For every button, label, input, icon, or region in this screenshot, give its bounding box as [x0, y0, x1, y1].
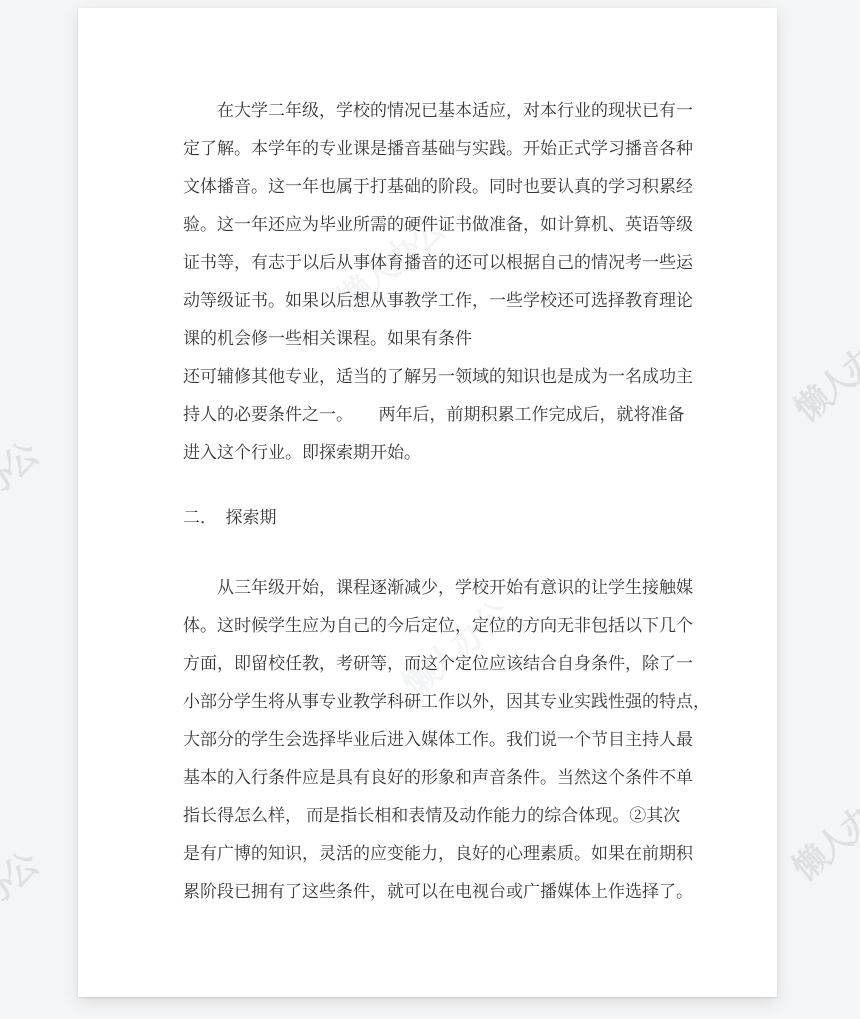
document-content: 在大学二年级，学校的情况已基本适应，对本行业的现状已有一定了解。本学年的专业课是… [183, 92, 723, 911]
text-line: 体。这时候学生应为自己的今后定位，定位的方向无非包括以下几个 [183, 607, 723, 645]
document-page: 在大学二年级，学校的情况已基本适应，对本行业的现状已有一定了解。本学年的专业课是… [78, 8, 777, 997]
text-line: 方面，即留校任教，考研等，而这个定位应该结合自身条件，除了一 [183, 645, 723, 683]
text-line: 证书等，有志于以后从事体育播音的还可以根据自己的情况考一些运 [183, 244, 723, 282]
text-line: 定了解。本学年的专业课是播音基础与实践。开始正式学习播音各种 [183, 130, 723, 168]
text-line: 进入这个行业。即探索期开始。 [183, 434, 723, 472]
text-line: 验。这一年还应为毕业所需的硬件证书做准备，如计算机、英语等级 [183, 206, 723, 244]
text-line: 动等级证书。如果以后想从事教学工作，一些学校还可选择教育理论 [183, 282, 723, 320]
text-line: 基本的入行条件应是具有良好的形象和声音条件。当然这个条件不单 [183, 759, 723, 797]
text-line: 持人的必要条件之一。 两年后，前期积累工作完成后，就将准备 [183, 396, 723, 434]
paragraph-2: 从三年级开始，课程逐渐减少，学校开始有意识的让学生接触媒体。这时候学生应为自己的… [183, 569, 723, 911]
watermark-text: 懒人办公 [0, 845, 45, 957]
text-line: 是有广博的知识，灵活的应变能力，良好的心理素质。如果在前期积 [183, 835, 723, 873]
text-line: 累阶段已拥有了这些条件，就可以在电视台或广播媒体上作选择了。 [183, 873, 723, 911]
text-line: 大部分的学生会选择毕业后进入媒体工作。我们说一个节目主持人最 [183, 721, 723, 759]
text-line: 课的机会修一些相关课程。如果有条件 [183, 320, 723, 358]
paragraph-1: 在大学二年级，学校的情况已基本适应，对本行业的现状已有一定了解。本学年的专业课是… [183, 92, 723, 472]
text-line: 指长得怎么样， 而是指长相和表情及动作能力的综合体现。②其次 [183, 797, 723, 835]
watermark-text: 懒人办公 [0, 435, 45, 547]
text-line: 还可辅修其他专业，适当的了解另一领域的知识也是成为一名成功主 [183, 358, 723, 396]
text-line: 文体播音。这一年也属于打基础的阶段。同时也要认真的学习积累经 [183, 168, 723, 206]
watermark-text: 懒人办公 [785, 778, 860, 890]
text-line: 二． 探索期 [183, 499, 723, 537]
text-line: 小部分学生将从事专业教学科研工作以外，因其专业实践性强的特点， [183, 683, 723, 721]
text-line: 从三年级开始，课程逐渐减少，学校开始有意识的让学生接触媒 [183, 569, 723, 607]
watermark-text: 懒人办公 [787, 319, 860, 431]
screenshot-canvas: 在大学二年级，学校的情况已基本适应，对本行业的现状已有一定了解。本学年的专业课是… [0, 0, 860, 1019]
text-line: 在大学二年级，学校的情况已基本适应，对本行业的现状已有一 [183, 92, 723, 130]
section-heading-2: 二． 探索期 [183, 499, 723, 537]
